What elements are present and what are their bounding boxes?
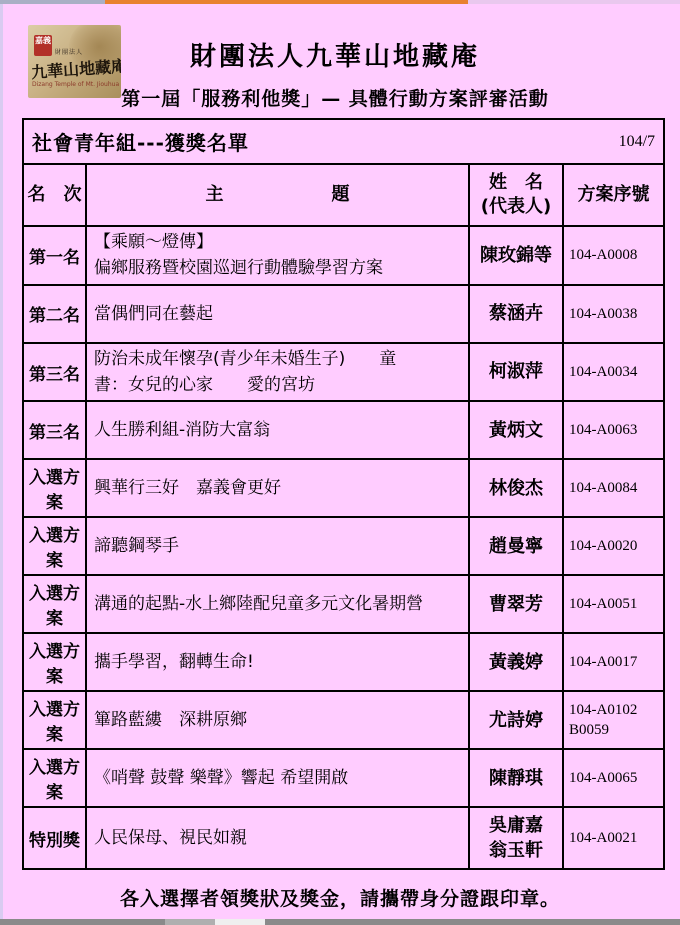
page-subtitle: 第一屆「服務利他獎」— 具體行動方案評審活動 [120, 84, 550, 111]
top-edge-strip [0, 0, 680, 4]
table-row: 第二名 當偶們同在藝起 蔡涵卉 104-A0038 [23, 285, 664, 343]
award-results-table: 社會青年組---獲獎名單 104/7 名 次 主 題 姓 名 (代表人) 方案序… [22, 118, 665, 870]
page-title: 財團法人九華山地藏庵 [120, 36, 550, 73]
serial-cell: 104-A0034 [563, 343, 664, 402]
table-row: 第一名 【乘願～燈傳】 偏鄉服務暨校園巡迴行動體驗學習方案 陳玫錦等 104-A… [23, 226, 664, 285]
topic-cell: 溝通的起點-水上鄉陸配兒童多元文化暑期營 [86, 575, 469, 633]
table-row: 特別獎 人民保母、視民如親 吳庸嘉 翁玉軒 104-A0021 [23, 807, 664, 869]
column-header-name: 姓 名 (代表人) [469, 164, 563, 226]
rank-cell: 入選方案 [23, 517, 86, 575]
serial-cell: 104-A0084 [563, 459, 664, 517]
logo-calligraphy-text: 九華山地藏庵 [30, 54, 121, 83]
column-header-serial: 方案序號 [563, 164, 664, 226]
top-strip-orange-segment [105, 0, 468, 4]
table-row: 第三名 人生勝利組-消防大富翁 黃炳文 104-A0063 [23, 401, 664, 459]
serial-cell: 104-A0051 [563, 575, 664, 633]
top-strip-lavender-segment [468, 0, 680, 4]
table-row: 入選方案 篳路藍縷 深耕原鄉 尤詩婷 104-A0102 B0059 [23, 691, 664, 749]
table-row: 入選方案 諦聽鋼琴手 趙曼寧 104-A0020 [23, 517, 664, 575]
name-cell: 蔡涵卉 [469, 285, 563, 343]
footer-note: 各入選擇者領獎狀及獎金，請攜帶身分證跟印章。 [0, 884, 680, 911]
rank-cell: 入選方案 [23, 749, 86, 807]
serial-cell: 104-A0008 [563, 226, 664, 285]
rank-cell: 特別獎 [23, 807, 86, 869]
bottom-edge-strip [0, 919, 680, 925]
rank-cell: 入選方案 [23, 459, 86, 517]
top-strip-gray-segment [0, 0, 105, 4]
header-title-block: 財團法人九華山地藏庵 第一屆「服務利他獎」— 具體行動方案評審活動 [120, 36, 550, 111]
table-caption-row: 社會青年組---獲獎名單 104/7 [23, 119, 664, 164]
name-cell: 尤詩婷 [469, 691, 563, 749]
topic-cell: 當偶們同在藝起 [86, 285, 469, 343]
logo-org-text: 財團法人 [55, 47, 83, 56]
name-cell: 黃炳文 [469, 401, 563, 459]
bottom-strip-light-segment [215, 919, 265, 925]
topic-cell: 防治未成年懷孕(青少年未婚生子) 童 書：女兒的心家 愛的宮坊 [86, 343, 469, 402]
table-caption: 社會青年組---獲獎名單 [32, 127, 249, 156]
topic-cell: 人生勝利組-消防大富翁 [86, 401, 469, 459]
rank-cell: 第三名 [23, 343, 86, 402]
temple-logo: 嘉義 財團法人 九華山地藏庵 Dizang Temple of Mt. Jiou… [28, 25, 121, 98]
topic-cell: 諦聽鋼琴手 [86, 517, 469, 575]
table-row: 第三名 防治未成年懷孕(青少年未婚生子) 童 書：女兒的心家 愛的宮坊 柯淑萍 … [23, 343, 664, 402]
name-cell: 陳靜琪 [469, 749, 563, 807]
topic-cell: 《哨聲 鼓聲 樂聲》響起 希望開啟 [86, 749, 469, 807]
left-edge-strip [0, 4, 3, 919]
serial-cell: 104-A0021 [563, 807, 664, 869]
rank-cell: 入選方案 [23, 575, 86, 633]
serial-cell: 104-A0065 [563, 749, 664, 807]
rank-cell: 第一名 [23, 226, 86, 285]
name-cell: 林俊杰 [469, 459, 563, 517]
date-code: 104/7 [619, 133, 655, 151]
topic-cell: 【乘願～燈傳】 偏鄉服務暨校園巡迴行動體驗學習方案 [86, 226, 469, 285]
column-header-rank: 名 次 [23, 164, 86, 226]
bottom-strip-mid-segment [165, 919, 215, 925]
serial-cell: 104-A0017 [563, 633, 664, 691]
rank-cell: 第三名 [23, 401, 86, 459]
name-cell: 吳庸嘉 翁玉軒 [469, 807, 563, 869]
table-row: 入選方案 溝通的起點-水上鄉陸配兒童多元文化暑期營 曹翠芳 104-A0051 [23, 575, 664, 633]
logo-seal: 嘉義 [34, 35, 52, 56]
serial-cell: 104-A0020 [563, 517, 664, 575]
serial-cell: 104-A0038 [563, 285, 664, 343]
name-cell: 柯淑萍 [469, 343, 563, 402]
column-header-topic: 主 題 [86, 164, 469, 226]
table-row: 入選方案 興華行三好 嘉義會更好 林俊杰 104-A0084 [23, 459, 664, 517]
topic-cell: 篳路藍縷 深耕原鄉 [86, 691, 469, 749]
name-cell: 趙曼寧 [469, 517, 563, 575]
topic-cell: 興華行三好 嘉義會更好 [86, 459, 469, 517]
name-cell: 陳玫錦等 [469, 226, 563, 285]
serial-cell: 104-A0102 B0059 [563, 691, 664, 749]
table-row: 入選方案 攜手學習，翻轉生命! 黃義婷 104-A0017 [23, 633, 664, 691]
serial-cell: 104-A0063 [563, 401, 664, 459]
rank-cell: 入選方案 [23, 633, 86, 691]
rank-cell: 入選方案 [23, 691, 86, 749]
topic-cell: 攜手學習，翻轉生命! [86, 633, 469, 691]
rank-cell: 第二名 [23, 285, 86, 343]
logo-english-text: Dizang Temple of Mt. Jiouhua [32, 81, 119, 88]
document-page: { "page": { "background": "#FFCCFF", "st… [0, 0, 680, 925]
table-row: 入選方案 《哨聲 鼓聲 樂聲》響起 希望開啟 陳靜琪 104-A0065 [23, 749, 664, 807]
results-table-body: 社會青年組---獲獎名單 104/7 名 次 主 題 姓 名 (代表人) 方案序… [23, 119, 664, 869]
name-cell: 黃義婷 [469, 633, 563, 691]
table-header-row: 名 次 主 題 姓 名 (代表人) 方案序號 [23, 164, 664, 226]
name-cell: 曹翠芳 [469, 575, 563, 633]
topic-cell: 人民保母、視民如親 [86, 807, 469, 869]
